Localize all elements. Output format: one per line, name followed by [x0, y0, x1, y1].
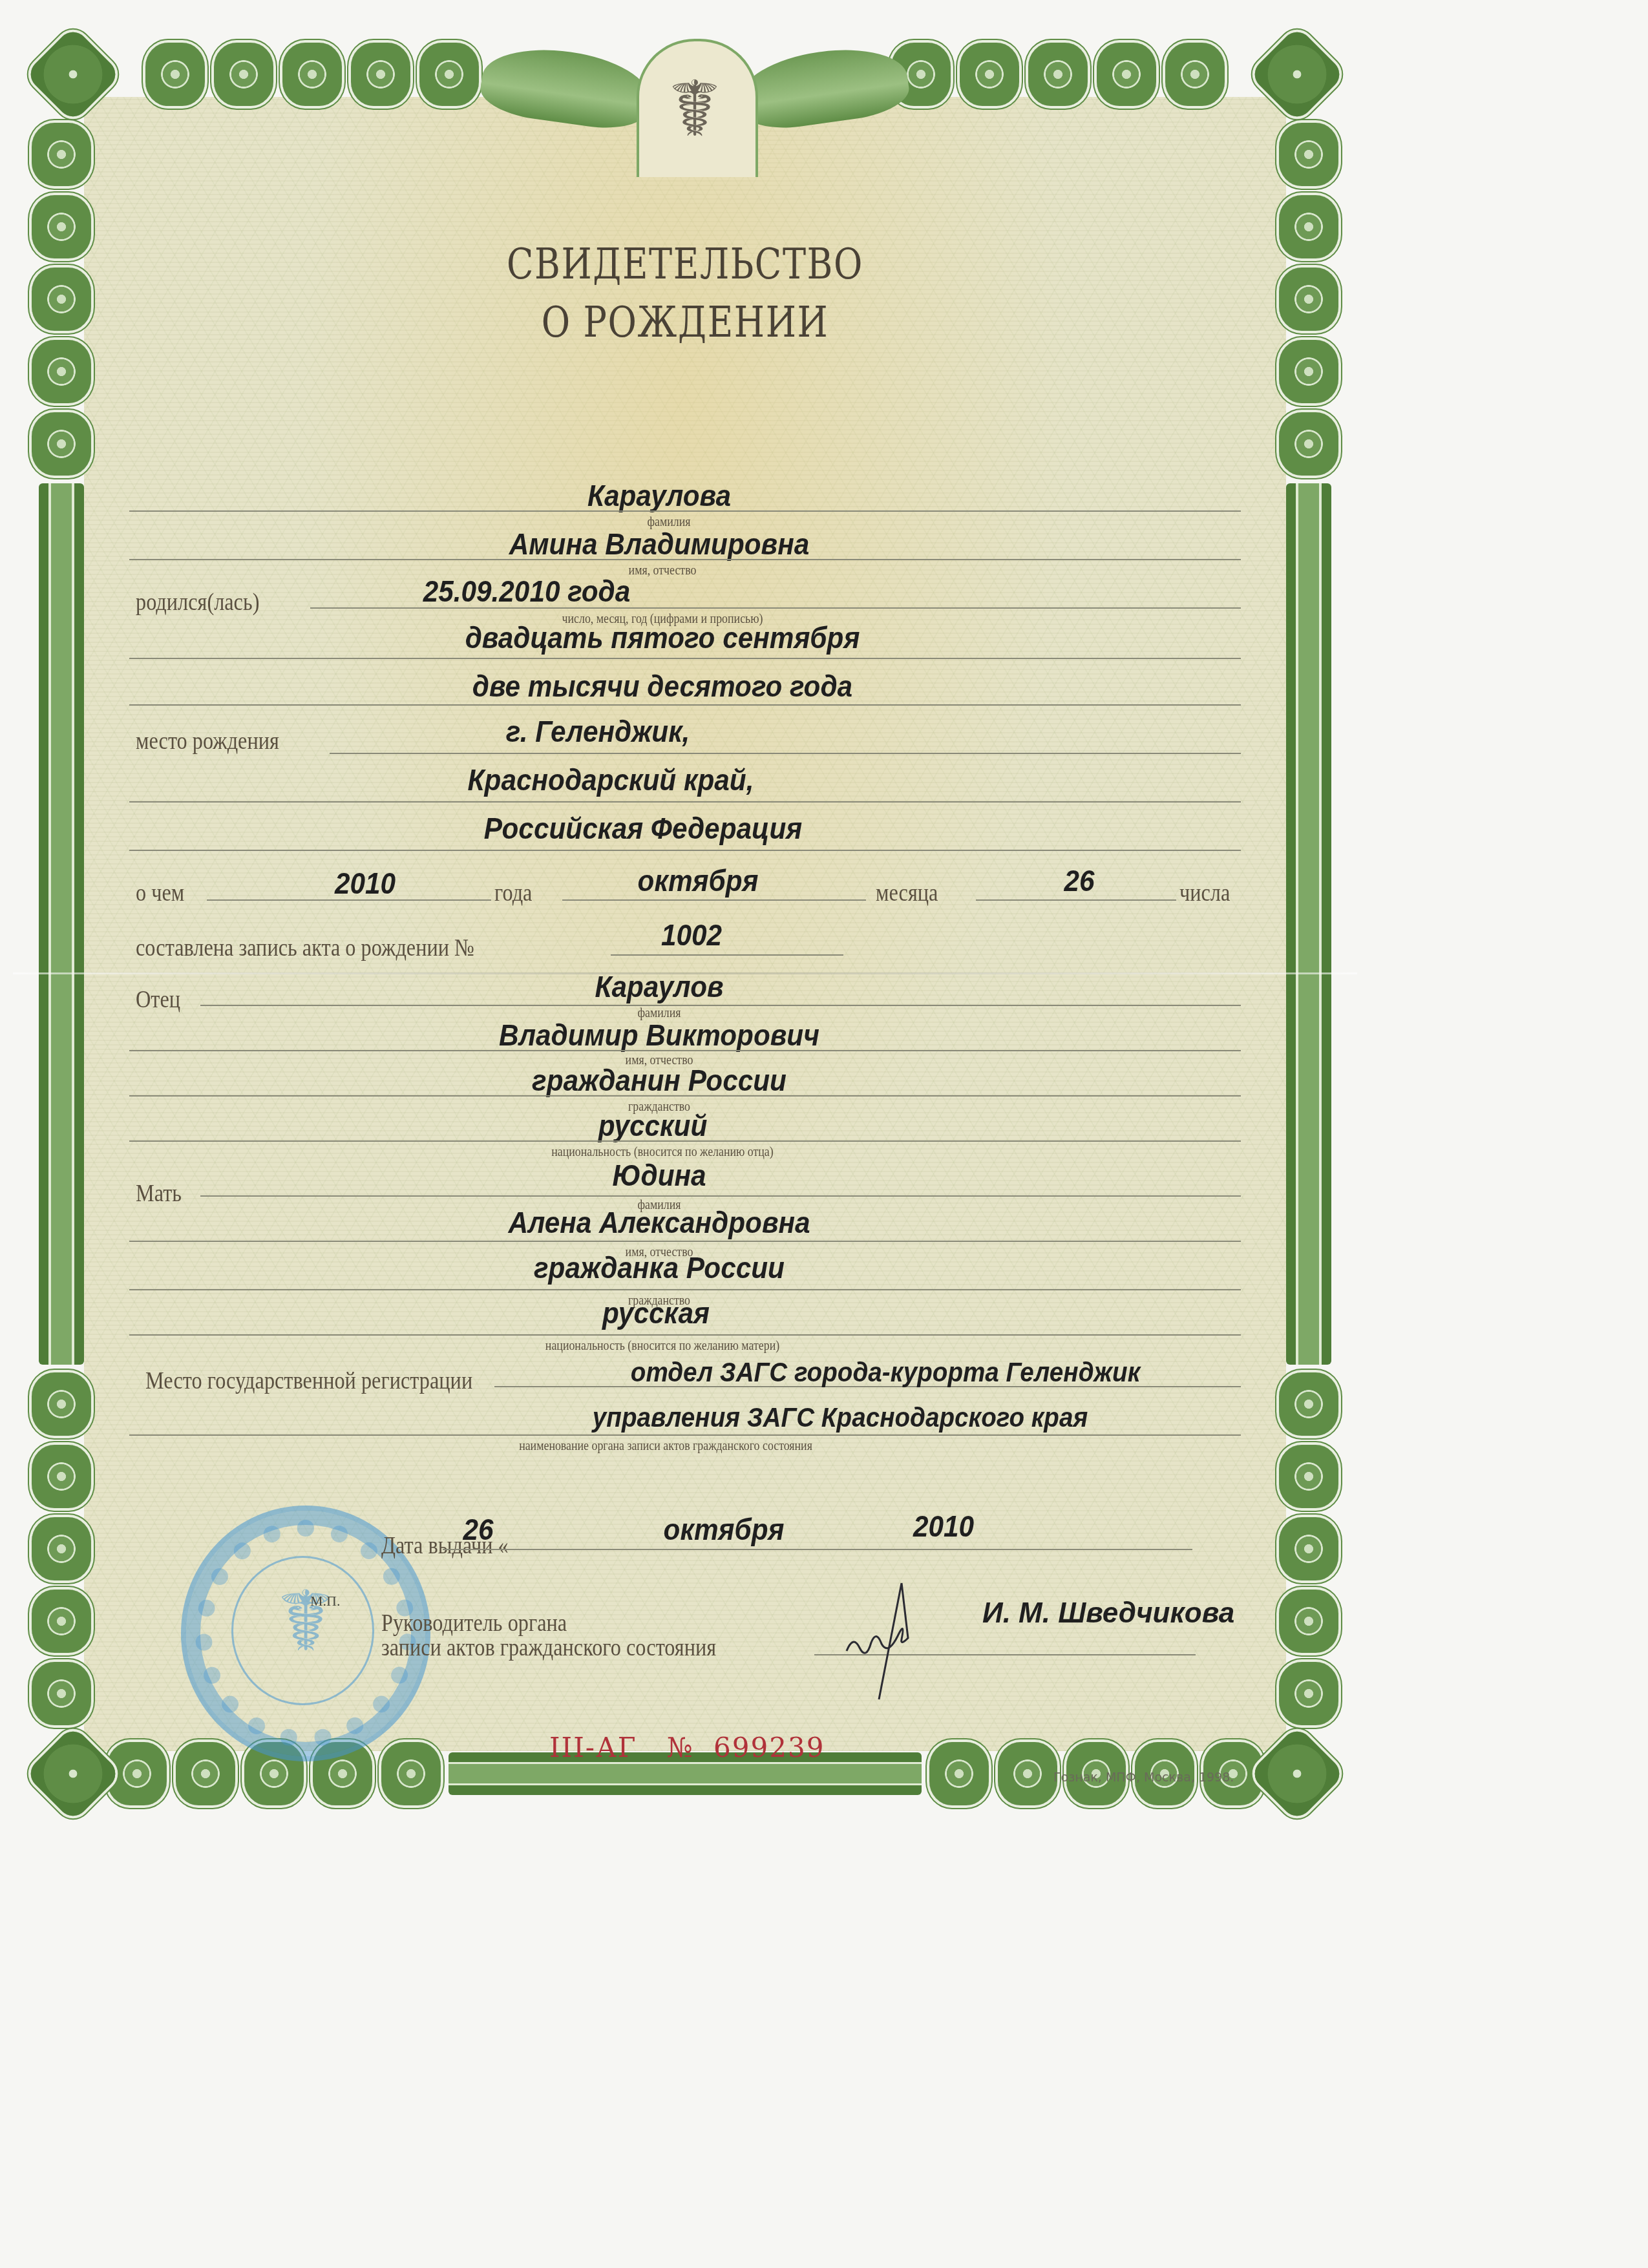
birth-certificate: ☤ СВИДЕТЕЛЬСТВО О РОЖДЕНИИ Караулова фам…: [13, 26, 1357, 1822]
rule: [129, 1334, 1241, 1336]
rule: [129, 559, 1241, 560]
issue-month: октября: [664, 1512, 785, 1547]
registration-office-line1: отдел ЗАГС города-курорта Геленджик: [631, 1357, 1140, 1388]
caption-nationality: национальность (вносится по желанию мате…: [545, 1338, 779, 1354]
rule: [611, 954, 843, 956]
border-rosette: [1279, 195, 1338, 258]
rule: [129, 1241, 1241, 1242]
document-title: СВИДЕТЕЛЬСТВО: [134, 239, 1236, 289]
birthplace-line1: г. Геленджик,: [506, 714, 690, 749]
rule: [129, 704, 1241, 706]
rule: [129, 658, 1241, 659]
border-rosette: [1097, 43, 1156, 106]
serial-value: 699239: [713, 1732, 825, 1763]
birthplace-line2: Краснодарский край,: [468, 762, 754, 797]
border-rosette: [145, 43, 205, 106]
border-rosette: [32, 412, 91, 476]
border-rosette: [32, 1445, 91, 1508]
border-rosette: [381, 1742, 441, 1805]
border-rosette: [1279, 123, 1338, 186]
birth-date-words-line2: две тысячи десятого года: [472, 669, 852, 704]
rule: [129, 1289, 1241, 1290]
birth-date-numeric: 25.09.2010 года: [423, 574, 631, 609]
printer-imprint: Гознак, МПФ, Москва, 1998.: [1053, 1770, 1234, 1785]
document-title-line2: О РОЖДЕНИИ: [134, 297, 1236, 347]
stamp-place-mark: М.П.: [310, 1593, 340, 1610]
border-rosette: [960, 43, 1019, 106]
label-mother: Мать: [136, 1179, 182, 1208]
mother-citizenship: гражданка России: [534, 1250, 785, 1285]
border-rosette: [107, 1742, 167, 1805]
border-rosette: [32, 1590, 91, 1653]
border-right: [1273, 52, 1344, 1796]
border-rosette: [214, 43, 273, 106]
border-rosette: [998, 1742, 1057, 1805]
registration-office-line2: управления ЗАГС Краснодарского края: [593, 1402, 1088, 1433]
issue-year: 2010: [913, 1509, 974, 1544]
rule: [129, 510, 1241, 512]
border-rosette: [1279, 1662, 1338, 1725]
father-surname: Караулов: [595, 969, 723, 1004]
border-rosette: [1279, 1517, 1338, 1580]
caption-given-names: имя, отчество: [629, 562, 697, 578]
label-birthplace: место рождения: [136, 727, 279, 755]
border-bar: [39, 483, 84, 1365]
rule: [129, 1050, 1241, 1051]
border-rosette: [282, 43, 342, 106]
label-record-number: составлена запись акта о рождении №: [136, 934, 474, 962]
border-rosette: [1279, 412, 1338, 476]
rule: [443, 1549, 1192, 1550]
border-rosette: [1279, 1445, 1338, 1508]
father-nationality: русский: [598, 1108, 708, 1143]
border-rosette: [32, 1372, 91, 1436]
caption-registration: наименование органа записи актов граждан…: [519, 1438, 812, 1454]
signature: [834, 1577, 963, 1706]
label-day: числа: [1179, 879, 1230, 907]
border-rosette: [1279, 268, 1338, 331]
border-rosette: [1165, 43, 1225, 106]
border-rosette: [32, 195, 91, 258]
label-father: Отец: [136, 985, 180, 1014]
serial-number-sign: №: [667, 1732, 694, 1763]
mother-given-names: Алена Александровна: [508, 1205, 810, 1240]
double-headed-eagle-icon: ☤: [659, 61, 730, 158]
border-rosette: [32, 340, 91, 403]
border-rosette: [32, 268, 91, 331]
birthplace-line3: Российская Федерация: [484, 811, 802, 846]
label-head-of-office-line2: записи актов гражданского состояния: [381, 1633, 716, 1662]
rule: [976, 899, 1176, 901]
border-corner-ornament: [1249, 1725, 1346, 1822]
border-corner-ornament: [25, 1725, 121, 1822]
father-given-names: Владимир Викторович: [499, 1018, 819, 1053]
rule: [129, 801, 1241, 803]
rule: [562, 899, 866, 901]
label-year: года: [494, 879, 532, 907]
birth-date-words-line1: двадцать пятого сентября: [465, 620, 860, 655]
rule: [200, 1195, 1241, 1197]
rule: [200, 1005, 1241, 1006]
record-day: 26: [1064, 863, 1094, 898]
border-rosette: [1279, 340, 1338, 403]
border-rosette: [351, 43, 410, 106]
border-left: [26, 52, 97, 1796]
border-bar: [1286, 483, 1331, 1365]
border-rosette: [32, 123, 91, 186]
rule: [129, 1095, 1241, 1097]
label-registration-place: Место государственной регистрации: [145, 1367, 472, 1395]
head-of-office-name: И. М. Шведчикова: [982, 1597, 1234, 1630]
child-surname: Караулова: [587, 478, 731, 513]
border-rosette: [1279, 1590, 1338, 1653]
mother-nationality: русская: [602, 1296, 710, 1330]
border-rosette: [176, 1742, 235, 1805]
serial-series: III-АГ: [549, 1732, 637, 1763]
border-rosette: [929, 1742, 989, 1805]
label-month: месяца: [876, 879, 938, 907]
border-rosette: [419, 43, 479, 106]
mother-surname: Юдина: [612, 1158, 706, 1193]
record-month: октября: [638, 863, 759, 898]
border-rosette: [1028, 43, 1088, 106]
rule: [129, 1140, 1241, 1142]
child-given-names: Амина Владимировна: [509, 527, 810, 562]
rule: [330, 753, 1241, 754]
serial-number: III-АГ № 699239: [549, 1732, 825, 1763]
issue-day: 26: [463, 1512, 493, 1547]
border-rosette: [1279, 1372, 1338, 1436]
record-year: 2010: [335, 866, 396, 901]
rule: [129, 850, 1241, 851]
border-rosette: [32, 1517, 91, 1580]
label-about: о чем: [136, 879, 184, 907]
border-rosette: [32, 1662, 91, 1725]
record-number: 1002: [661, 918, 722, 952]
state-emblem: ☤: [598, 26, 792, 174]
label-born: родился(лась): [136, 588, 259, 616]
father-citizenship: гражданин России: [532, 1063, 787, 1098]
rule: [129, 1434, 1241, 1436]
